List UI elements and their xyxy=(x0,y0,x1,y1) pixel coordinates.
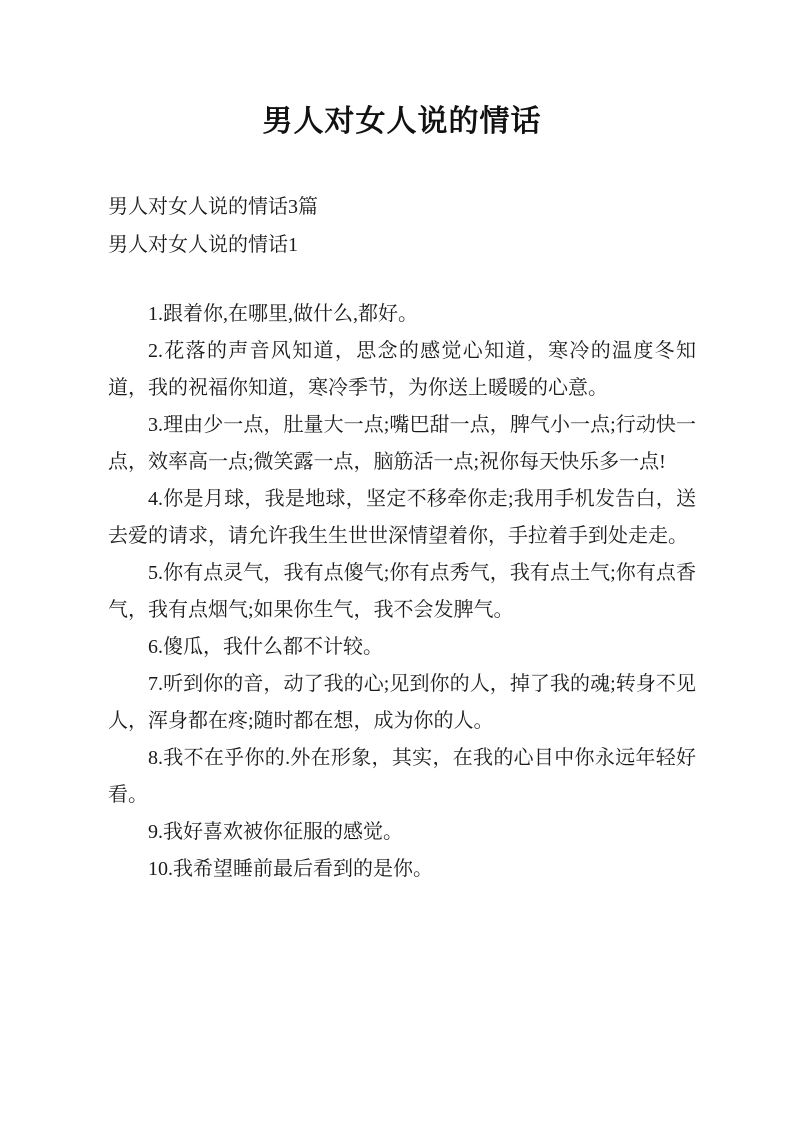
subtitle-line-2: 男人对女人说的情话1 xyxy=(108,226,696,264)
paragraph-6: 6.傻瓜，我什么都不计较。 xyxy=(108,629,696,666)
paragraph-7: 7.听到你的音，动了我的心;见到你的人，掉了我的魂;转身不见人，浑身都在疼;随时… xyxy=(108,666,696,740)
paragraph-8: 8.我不在乎你的.外在形象，其实，在我的心目中你永远年轻好看。 xyxy=(108,740,696,814)
paragraph-4: 4.你是月球，我是地球，坚定不移牵你走;我用手机发告白，送去爱的请求，请允许我生… xyxy=(108,481,696,555)
paragraph-10: 10.我希望睡前最后看到的是你。 xyxy=(108,851,696,888)
paragraph-2: 2.花落的声音风知道，思念的感觉心知道，寒冷的温度冬知道，我的祝福你知道，寒冷季… xyxy=(108,333,696,407)
subtitle-line-1: 男人对女人说的情话3篇 xyxy=(108,188,696,226)
document-page: 男人对女人说的情话 男人对女人说的情话3篇 男人对女人说的情话1 1.跟着你,在… xyxy=(0,0,800,1131)
paragraph-3: 3.理由少一点，肚量大一点;嘴巴甜一点，脾气小一点;行动快一点，效率高一点;微笑… xyxy=(108,407,696,481)
page-title: 男人对女人说的情话 xyxy=(108,104,696,140)
blank-line xyxy=(108,264,696,296)
document-body: 男人对女人说的情话3篇 男人对女人说的情话1 1.跟着你,在哪里,做什么,都好。… xyxy=(108,188,696,888)
paragraph-9: 9.我好喜欢被你征服的感觉。 xyxy=(108,814,696,851)
paragraph-5: 5.你有点灵气，我有点傻气;你有点秀气，我有点土气;你有点香气，我有点烟气;如果… xyxy=(108,555,696,629)
paragraph-1: 1.跟着你,在哪里,做什么,都好。 xyxy=(108,296,696,333)
